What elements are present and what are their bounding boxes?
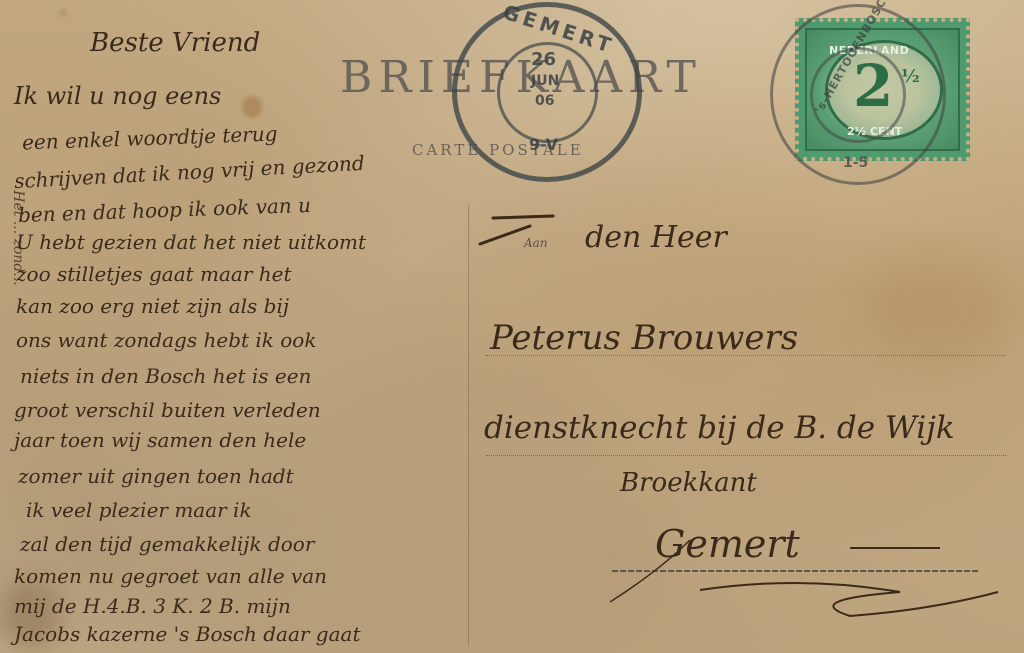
stain [60,10,66,16]
message-line: niets in den Bosch het is een [20,364,311,388]
message-line: kan zoo erg niet zijn als bij [16,294,289,318]
stain [870,260,1010,360]
message-line: een enkel woordtje terug [22,122,278,155]
postmark-day: 26 [531,49,556,70]
margin-note: Het ... zond... [10,190,26,286]
message-line: schrijven dat ik nog vrij en gezond [14,151,366,193]
address-line-1: den Heer [585,220,727,255]
address-guideline [486,355,1006,356]
address-guideline [486,455,1006,456]
postmark-gemert: GEMERT 26 JUN 06 9-V [452,2,642,182]
postmark-year: 06 [535,93,554,109]
message-line: Ik wil u nog eens [14,82,221,110]
message-line: zomer uit gingen toen hadt [18,464,294,488]
cancel-time: 1-5 [843,155,868,171]
address-line-4: Broekkant [620,468,757,498]
message-line: groot verschil buiten verleden [14,398,321,422]
message-line: jaar toen wij samen den hele [14,428,306,452]
message-line: komen nu gegroet van alle van [14,564,327,588]
underline-flourish [600,520,1024,653]
message-line: ons want zondags hebt ik ook [16,328,316,352]
message-line: mij de H.4.B. 3 K. 2 B. mijn [14,594,291,618]
message-line: U hebt gezien dat het niet uitkomt [16,230,366,254]
message-line: ben en dat hoop ik ook van u [18,193,312,227]
address-line-2: Peterus Brouwers [490,318,798,358]
message-line: zal den tijd gemakkelijk door [20,532,314,556]
message-line: zoo stilletjes gaat maar het [16,262,292,286]
message-line: Jacobs kazerne 's Bosch daar gaat [14,622,360,646]
postmark-month: JUN [531,73,559,89]
postmark-cancel: 's-HERTOGENBOSCH 1-5 [770,4,946,185]
message-salutation: Beste Vriend [90,28,260,58]
card-divider [468,205,469,645]
message-line: ik veel plezier maar ik [26,498,252,522]
postmark-time: 9-V [529,135,558,154]
address-line-3: dienstknecht bij de B. de Wijk [484,410,955,446]
stain [242,96,262,118]
postcard: BRIEFKAART CARTE POSTALE GEMERT 26 JUN 0… [0,0,1024,653]
flourish-stroke [475,208,560,248]
